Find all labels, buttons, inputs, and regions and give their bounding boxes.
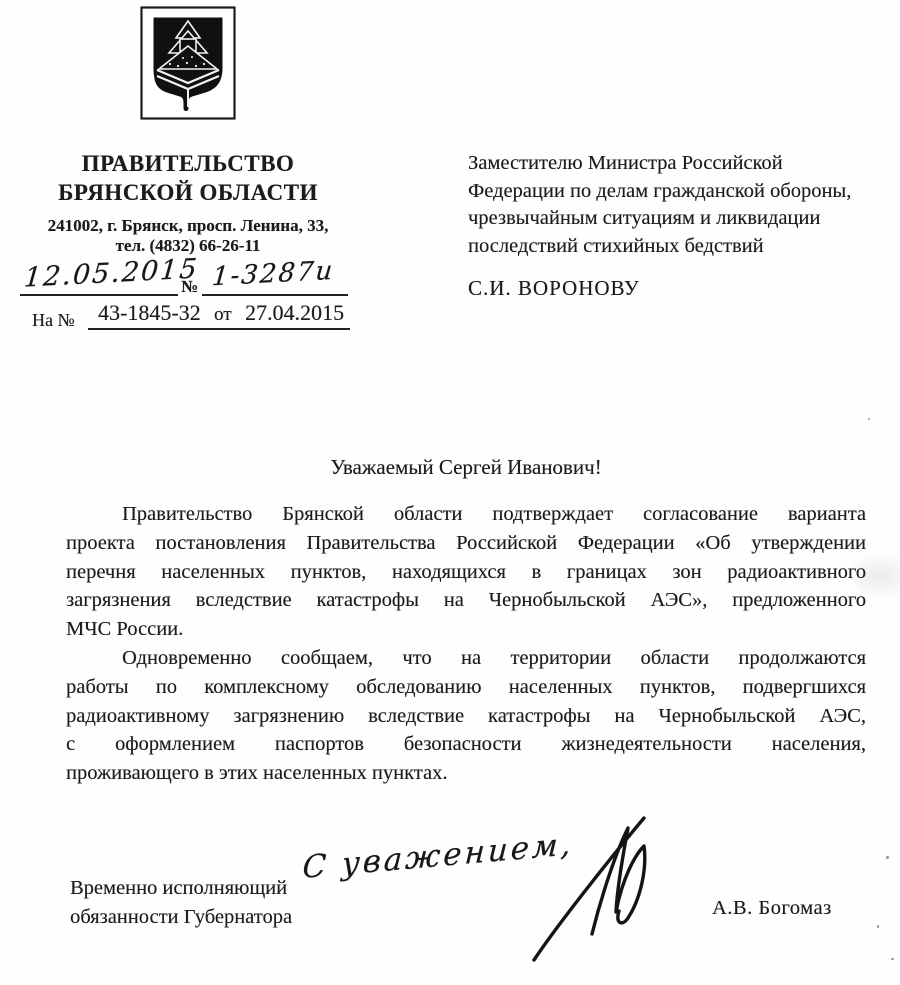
reply-reference: 43-1845-32 от 27.04.2015 xyxy=(88,300,350,330)
paragraph1-line: МЧС России. xyxy=(66,615,866,644)
reply-number: 43-1845-32 xyxy=(98,300,201,326)
paragraph2-line: работы по комплексному обследованию насе… xyxy=(66,673,866,702)
scan-speck xyxy=(868,418,870,420)
signer-position: Временно исполняющий обязанности Губерна… xyxy=(70,874,292,932)
paragraph1-line: перечня населенных пунктов, находящихся … xyxy=(66,558,866,587)
paragraph1-line: загрязнения вследствие катастрофы на Чер… xyxy=(66,586,866,615)
letterhead: ПРАВИТЕЛЬСТВО БРЯНСКОЙ ОБЛАСТИ 241002, г… xyxy=(18,6,358,256)
scanned-letter-document: ПРАВИТЕЛЬСТВО БРЯНСКОЙ ОБЛАСТИ 241002, г… xyxy=(0,0,900,985)
paragraph2-line: с оформлением паспортов безопасности жиз… xyxy=(66,730,866,759)
recipient-block: Заместителю Министра Российской Федераци… xyxy=(468,150,876,303)
signer-position-line2: обязанности Губернатора xyxy=(70,903,292,932)
numero-sign: № xyxy=(181,277,198,297)
signer-name: А.В. Богомаз xyxy=(712,897,832,920)
scan-speck xyxy=(891,958,894,960)
recipient-position: Заместителю Министра Российской Федераци… xyxy=(468,150,876,260)
org-name-line2: БРЯНСКОЙ ОБЛАСТИ xyxy=(18,178,358,207)
signature-autograph-icon xyxy=(520,808,685,970)
reply-prefix: На № xyxy=(32,310,75,331)
org-address-line1: 241002, г. Брянск, просп. Ленина, 33, xyxy=(18,216,358,236)
signer-position-line1: Временно исполняющий xyxy=(70,874,292,903)
paragraph2-line: радиоактивному загрязнению вследствие ка… xyxy=(66,702,866,731)
paragraph1-line: проекта постановления Правительства Росс… xyxy=(66,529,866,558)
org-name-line1: ПРАВИТЕЛЬСТВО xyxy=(18,149,358,178)
org-name: ПРАВИТЕЛЬСТВО БРЯНСКОЙ ОБЛАСТИ xyxy=(18,149,358,207)
scan-speck xyxy=(886,856,889,859)
paragraph2-line: проживающего в этих населенных пунктах. xyxy=(66,759,866,788)
reply-from-word: от xyxy=(214,304,232,326)
letter-body: Правительство Брянской области подтвержд… xyxy=(66,500,866,788)
reply-date: 27.04.2015 xyxy=(245,300,344,326)
paragraph2-line: Одновременно сообщаем, что на территории… xyxy=(66,644,866,673)
bryansk-coat-of-arms-icon xyxy=(140,6,236,120)
paragraph1-line: Правительство Брянской области подтвержд… xyxy=(66,500,866,529)
recipient-name: С.И. ВОРОНОВУ xyxy=(468,275,876,303)
scan-speck xyxy=(877,925,879,928)
salutation: Уважаемый Сергей Иванович! xyxy=(66,455,866,480)
org-address: 241002, г. Брянск, просп. Ленина, 33, те… xyxy=(18,216,358,256)
